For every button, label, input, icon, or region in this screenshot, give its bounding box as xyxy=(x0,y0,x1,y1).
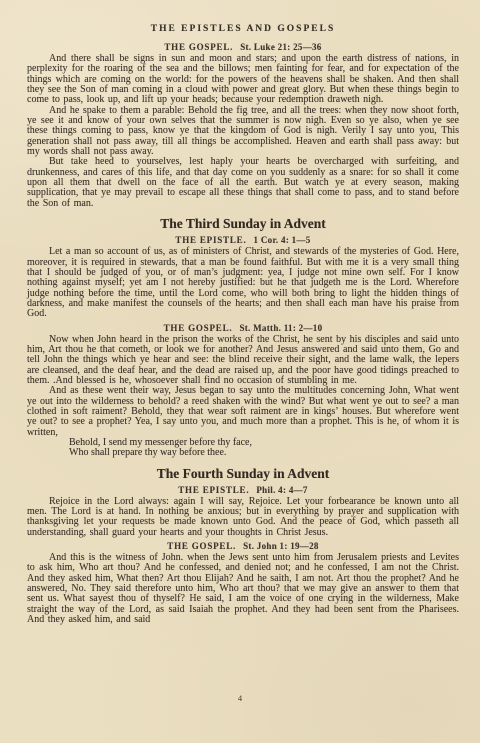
scripture-paragraph: Let a man so account of us, as of minist… xyxy=(27,247,459,319)
caption-label: THE GOSPEL. xyxy=(164,323,233,333)
caption-reference: St. Luke 21: 25—36 xyxy=(240,42,321,52)
sunday-heading: The Third Sunday in Advent xyxy=(27,216,459,232)
scripture-caption: THE GOSPEL.St. Matth. 11: 2—10 xyxy=(27,323,459,333)
caption-label: THE EPISTLE. xyxy=(175,235,246,245)
caption-reference: Phil. 4: 4—7 xyxy=(256,485,307,495)
verse-couplet: Behold, I send my messenger before thy f… xyxy=(27,438,459,459)
scripture-paragraph: And this is the witness of John. when th… xyxy=(27,553,459,625)
caption-label: THE GOSPEL. xyxy=(167,541,236,551)
scripture-caption: THE EPISTLE.Phil. 4: 4—7 xyxy=(27,485,459,495)
scripture-paragraph: And he spake to them a parable: Behold t… xyxy=(27,106,459,158)
scripture-caption: THE GOSPEL.St. Luke 21: 25—36 xyxy=(27,42,459,52)
scripture-paragraph: And there shall be signs in sun and moon… xyxy=(27,54,459,106)
scripture-paragraph: And as these went their way, Jesus began… xyxy=(27,386,459,438)
scripture-caption: THE GOSPEL.St. John 1: 19—28 xyxy=(27,541,459,551)
scripture-paragraph: Rejoice in the Lord always: again I will… xyxy=(27,497,459,538)
caption-reference: St. Matth. 11: 2—10 xyxy=(239,323,322,333)
page-title: THE EPISTLES AND GOSPELS xyxy=(27,24,459,34)
scripture-caption: THE EPISTLE.1 Cor. 4: 1—5 xyxy=(27,235,459,245)
page-number: 4 xyxy=(0,693,480,703)
caption-reference: 1 Cor. 4: 1—5 xyxy=(254,235,311,245)
sunday-heading: The Fourth Sunday in Advent xyxy=(27,466,459,482)
caption-label: THE EPISTLE. xyxy=(178,485,249,495)
caption-reference: St. John 1: 19—28 xyxy=(243,541,319,551)
caption-label: THE GOSPEL. xyxy=(164,42,233,52)
verse-line: Who shall prepare thy way before thee. xyxy=(69,448,459,458)
scripture-paragraph: Now when John heard in the prison the wo… xyxy=(27,335,459,387)
scripture-paragraph: But take heed to yourselves, lest haply … xyxy=(27,157,459,209)
book-page: THE EPISTLES AND GOSPELS THE GOSPEL.St. … xyxy=(0,0,480,743)
page-blocks: THE GOSPEL.St. Luke 21: 25—36And there s… xyxy=(27,42,459,625)
